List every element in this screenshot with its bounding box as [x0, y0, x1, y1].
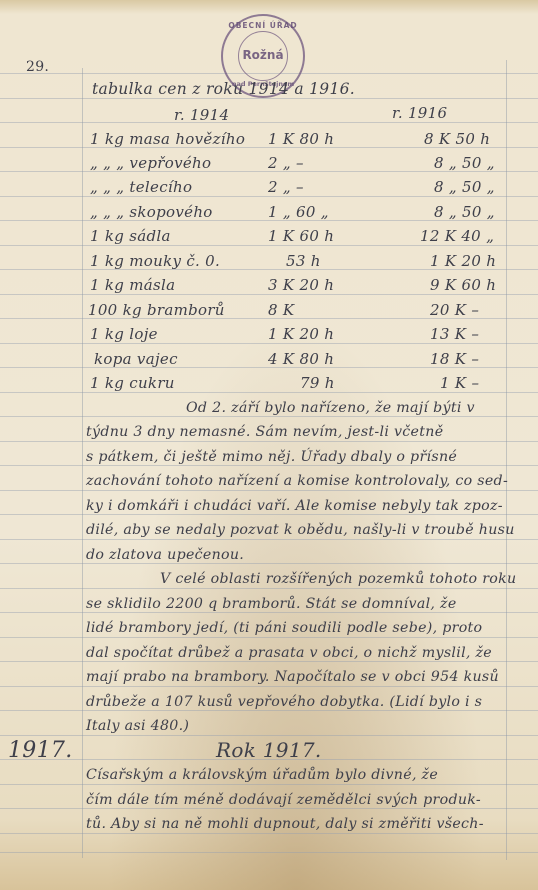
text-line: čím dále tím méně dodávají zemědělci svý… [86, 792, 481, 808]
ruled-line [0, 661, 538, 662]
price-1916-cell: 8 „ 50 „ [434, 154, 495, 172]
ruled-line [0, 710, 538, 711]
ruled-line [0, 392, 538, 393]
price-1914-cell: 1 K 60 h [268, 227, 334, 245]
column-header-1916: r. 1916 [392, 104, 447, 122]
text-line: se sklidilo 2200 q bramborů. Stát se dom… [86, 596, 457, 612]
price-1914-cell: 2 „ – [268, 154, 304, 172]
ruled-line [0, 514, 538, 515]
text-line: lidé brambory jedí, (ti páni soudili pod… [86, 620, 482, 636]
document-page: OBECNÍ ÚŘAD Rožná nad Pernštejnem 29. ta… [0, 0, 538, 890]
text-line: týdnu 3 dny nemasné. Sám nevím, jest-li … [86, 424, 443, 440]
ruled-line [0, 245, 538, 246]
price-1916-cell: 18 K – [430, 350, 479, 368]
stamp-center-text: Rožná [223, 48, 303, 62]
text-line: do zlatova upečenou. [86, 547, 244, 563]
item-cell: 1 kg sádla [90, 227, 171, 245]
text-line: ky i domkáři i chudáci vaří. Ale komise … [86, 498, 503, 514]
ruled-line [0, 98, 538, 99]
price-1916-cell: 8 K 50 h [424, 130, 490, 148]
ruled-line [0, 539, 538, 540]
text-line: dal spočítat drůbež a prasata v obci, o … [86, 645, 492, 661]
page-number: 29. [26, 59, 49, 75]
item-cell: 1 kg másla [90, 276, 175, 294]
ruled-line [0, 490, 538, 491]
ruled-line [0, 122, 538, 123]
item-cell: kopa vajec [94, 350, 178, 368]
price-1916-cell: 12 K 40 „ [420, 227, 494, 245]
item-cell: „ „ „ telecího [90, 178, 192, 196]
ruled-line [0, 686, 538, 687]
item-cell: „ „ „ skopového [90, 203, 213, 221]
table-title: tabulka cen z roku 1914 a 1916. [92, 80, 355, 98]
text-line: zachování tohoto nařízení a komise kontr… [86, 473, 508, 489]
text-line: Císařským a královským úřadům bylo divné… [86, 767, 438, 783]
margin-year: 1917. [8, 738, 72, 763]
ruled-line [0, 441, 538, 442]
ruled-line [0, 833, 538, 834]
ruled-line [0, 563, 538, 564]
ruled-line [0, 784, 538, 785]
price-1914-cell: 8 K [268, 301, 294, 319]
ruled-line [0, 735, 538, 736]
item-cell: „ „ „ vepřového [90, 154, 211, 172]
price-1916-cell: 1 K – [440, 374, 479, 392]
price-1916-cell: 20 K – [430, 301, 479, 319]
price-1914-cell: 1 K 80 h [268, 130, 334, 148]
text-line: tů. Aby si na ně mohli dupnout, daly si … [86, 816, 484, 832]
text-line: V celé oblasti rozšířených pozemků tohot… [160, 571, 516, 587]
price-1916-cell: 8 „ 50 „ [434, 178, 495, 196]
text-line: drůbeže a 107 kusů vepřového dobytka. (L… [86, 694, 482, 710]
ruled-line [0, 588, 538, 589]
ruled-line [0, 294, 538, 295]
ruled-line [0, 637, 538, 638]
price-1916-cell: 1 K 20 h [430, 252, 496, 270]
item-cell: 1 kg masa hovězího [90, 130, 245, 148]
text-line: Italy asi 480.) [86, 718, 189, 734]
right-margin-line [506, 60, 507, 860]
item-cell: 100 kg bramborů [88, 301, 225, 319]
section-title: Rok 1917. [216, 738, 322, 762]
price-1914-cell: 2 „ – [268, 178, 304, 196]
text-line: Od 2. září bylo nařízeno, že mají býti v [186, 400, 475, 416]
price-1916-cell: 9 K 60 h [430, 276, 496, 294]
ruled-line [0, 852, 538, 853]
price-1914-cell: 53 h [286, 252, 321, 270]
ruled-line [0, 465, 538, 466]
ruled-line [0, 416, 538, 417]
stamp-top-text: OBECNÍ ÚŘAD [223, 21, 303, 30]
price-1914-cell: 1 K 20 h [268, 325, 334, 343]
ruled-line [0, 808, 538, 809]
item-cell: 1 kg mouky č. 0. [90, 252, 220, 270]
price-1914-cell: 1 „ 60 „ [268, 203, 329, 221]
ruled-line [0, 612, 538, 613]
text-line: s pátkem, či ještě mimo něj. Úřady dbaly… [86, 449, 457, 465]
ruled-line [0, 343, 538, 344]
item-cell: 1 kg cukru [90, 374, 175, 392]
column-header-1914: r. 1914 [174, 106, 229, 124]
price-1914-cell: 4 K 80 h [268, 350, 334, 368]
text-line: mají prabo na brambory. Napočítalo se v … [86, 669, 499, 685]
price-1916-cell: 8 „ 50 „ [434, 203, 495, 221]
price-1914-cell: 79 h [300, 374, 335, 392]
text-line: dilé, aby se nedaly pozvat k obědu, našl… [86, 522, 515, 538]
ruled-line [0, 196, 538, 197]
price-1914-cell: 3 K 20 h [268, 276, 334, 294]
left-margin-line [82, 68, 83, 858]
item-cell: 1 kg loje [90, 325, 158, 343]
price-1916-cell: 13 K – [430, 325, 479, 343]
